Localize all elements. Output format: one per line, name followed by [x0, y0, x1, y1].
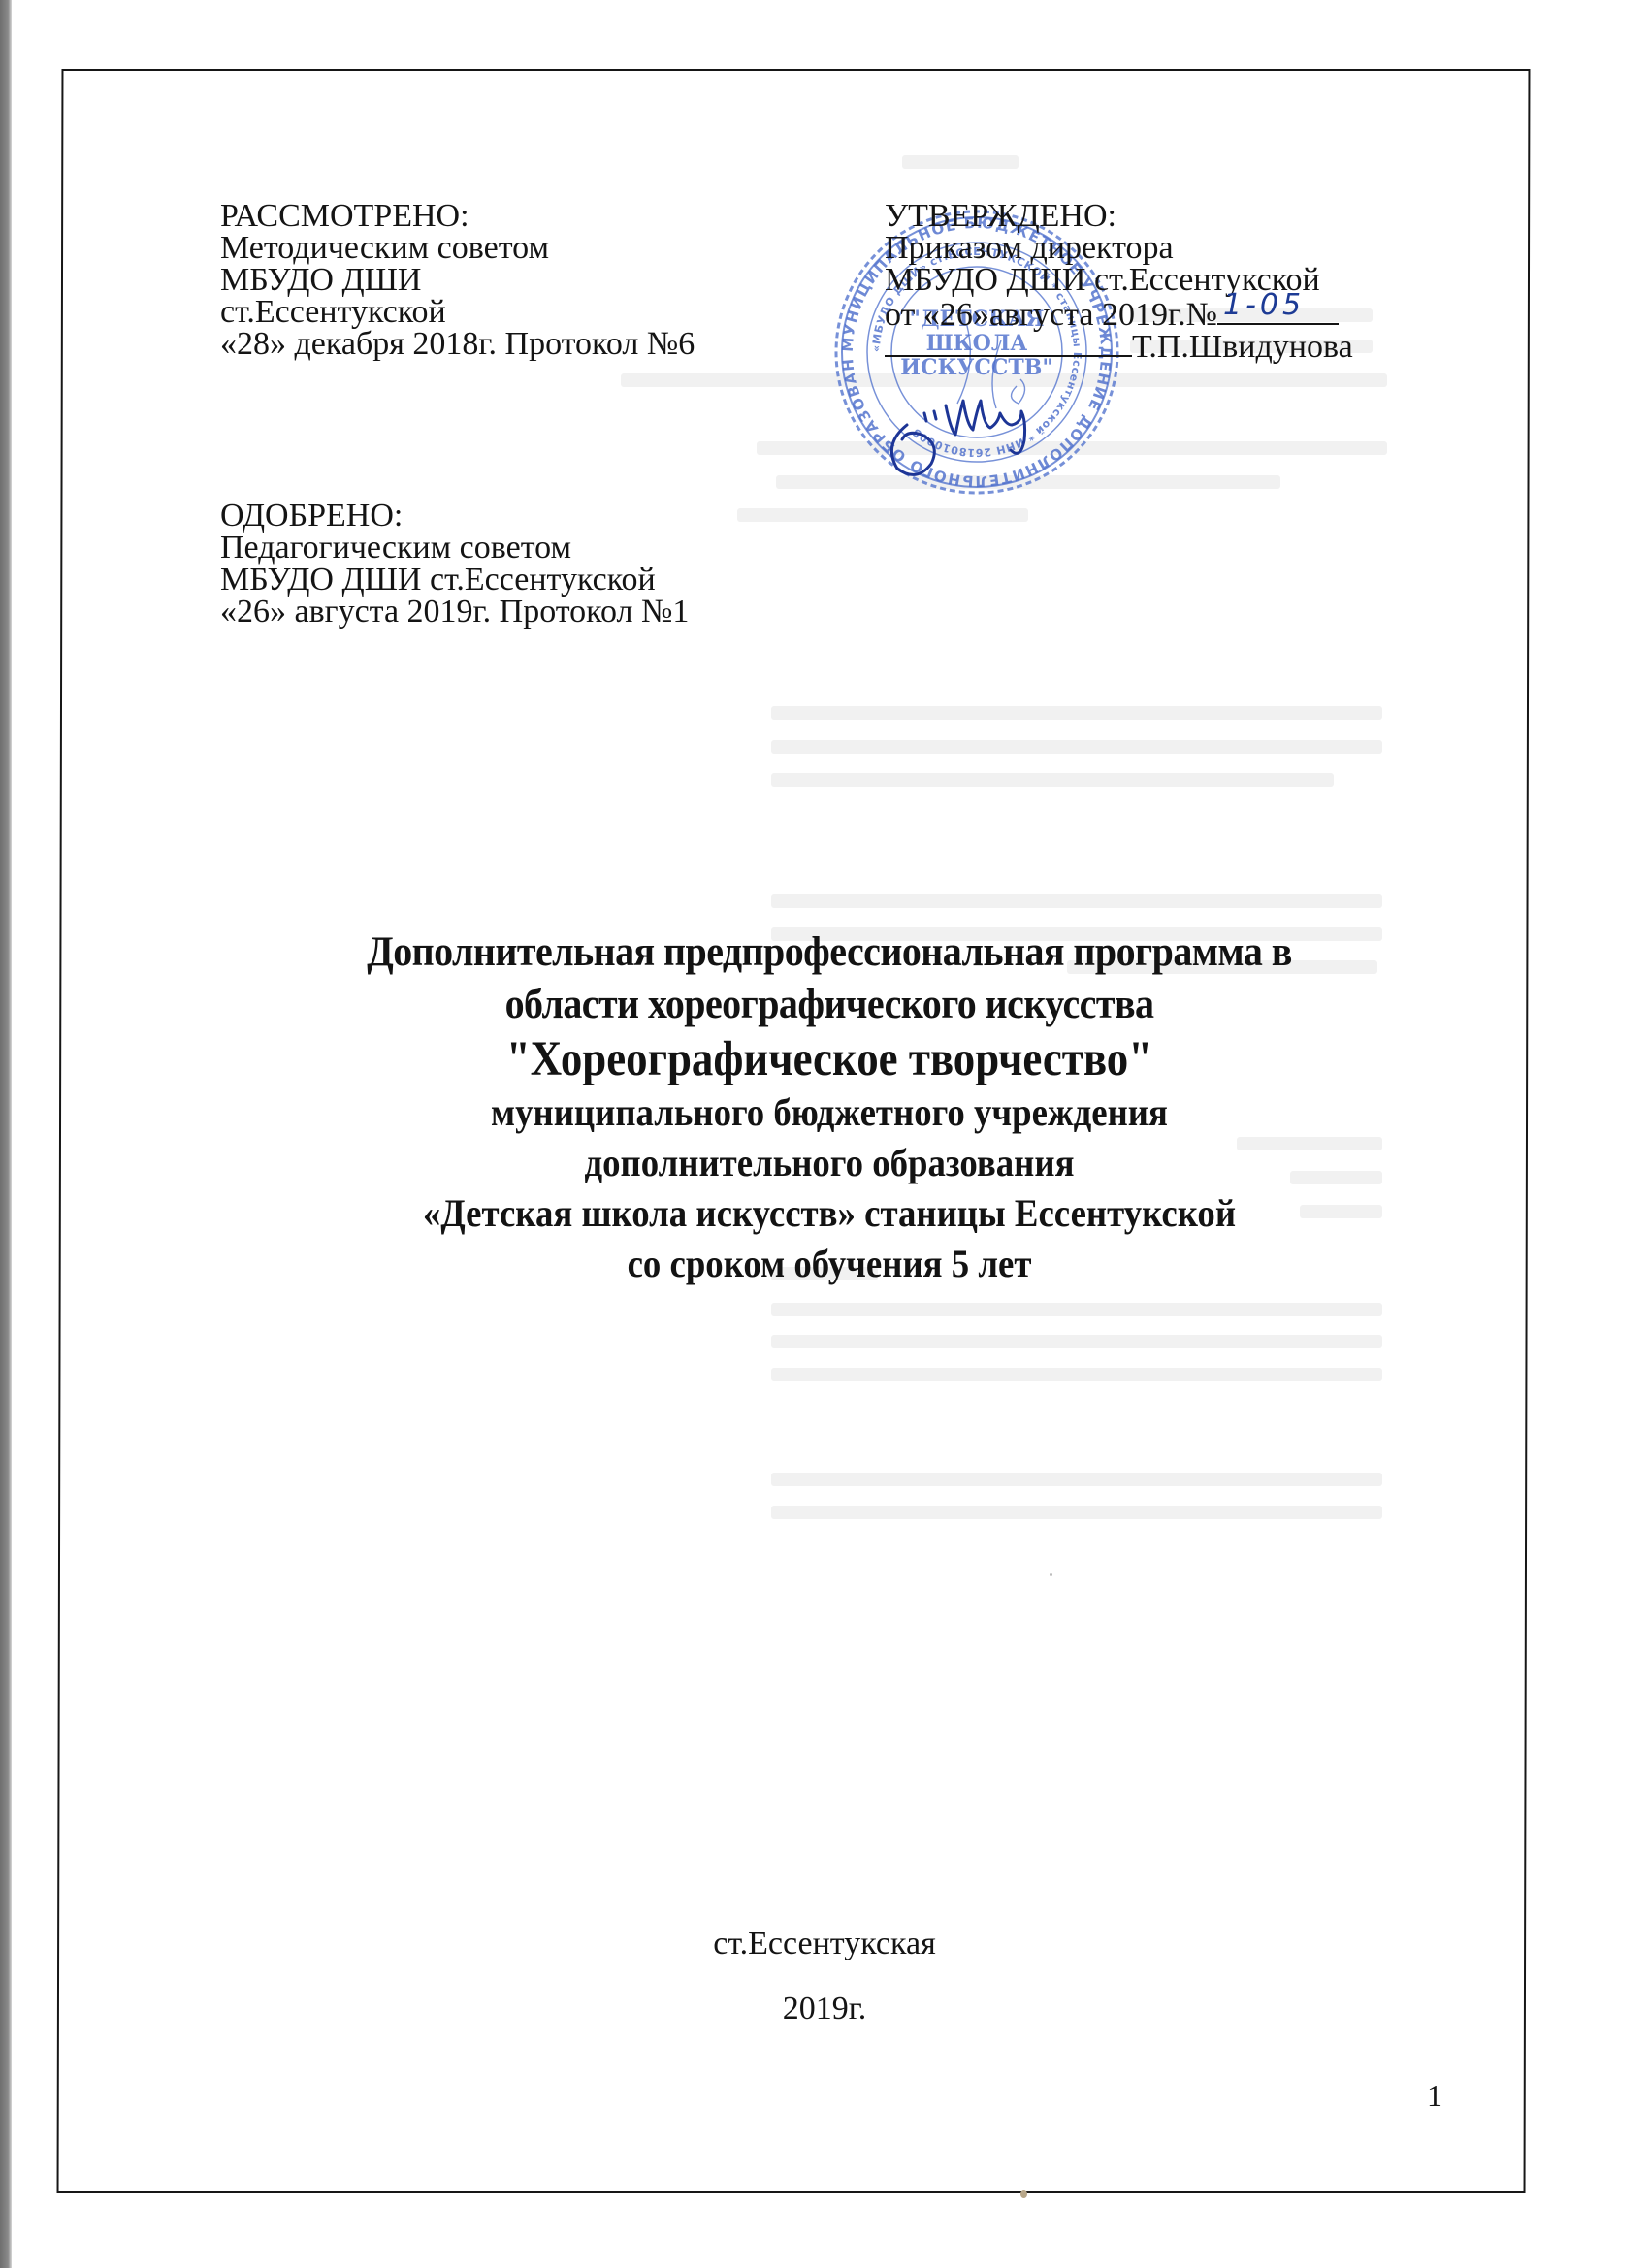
- title-line: со сроком обучения 5 лет: [191, 1239, 1468, 1289]
- approval-line: Педагогическим советом: [220, 532, 689, 564]
- approval-heading: ОДОБРЕНО:: [220, 500, 689, 532]
- title-line: Дополнительная предпрофессиональная прог…: [184, 926, 1474, 979]
- title-line: «Детская школа искусств» станицы Ессенту…: [191, 1188, 1468, 1239]
- approval-line: МБУДО ДШИ: [220, 264, 695, 296]
- approval-line: Методическим советом: [220, 232, 695, 264]
- scan-speck: [1050, 1573, 1052, 1576]
- program-name: "Хореографическое творчество": [219, 1031, 1439, 1087]
- signature-field: [885, 328, 1132, 357]
- signatory-name: Т.П.Швидунова: [1132, 329, 1353, 365]
- approval-endorsed: ОДОБРЕНО: Педагогическим советом МБУДО Д…: [220, 500, 689, 628]
- order-line: от «26»августа 2019г.№1-05: [885, 296, 1353, 328]
- document-title: Дополнительная предпрофессиональная прог…: [136, 926, 1523, 1289]
- approval-line: ст.Ессентукской: [220, 296, 695, 328]
- approval-reviewed: РАССМОТРЕНО: Методическим советом МБУДО …: [220, 200, 695, 360]
- approval-line: Приказом директора: [885, 232, 1353, 264]
- signature-line: Т.П.Швидунова: [885, 328, 1353, 360]
- title-line: области хореографического искусства: [184, 979, 1474, 1031]
- footer-year: 2019г.: [0, 1991, 1649, 2027]
- approval-line: МБУДО ДШИ ст.Ессентукской: [220, 564, 689, 596]
- footer-place: ст.Ессентукская: [0, 1926, 1649, 1962]
- title-line: муниципального бюджетного учреждения: [191, 1087, 1468, 1138]
- approval-line: «26» августа 2019г. Протокол №1: [220, 596, 689, 628]
- approval-heading: УТВЕРЖДЕНО:: [885, 200, 1353, 232]
- title-line: дополнительного образования: [191, 1138, 1468, 1188]
- handwritten-order-number: 1-05: [1223, 289, 1305, 321]
- order-number-field: 1-05: [1217, 296, 1339, 325]
- approval-heading: РАССМОТРЕНО:: [220, 200, 695, 232]
- approval-line: «28» декабря 2018г. Протокол №6: [220, 328, 695, 360]
- approval-approved-order: УТВЕРЖДЕНО: Приказом директора МБУДО ДШИ…: [885, 200, 1353, 360]
- scan-speck: [1020, 2190, 1027, 2198]
- page-number: 1: [1427, 2078, 1442, 2114]
